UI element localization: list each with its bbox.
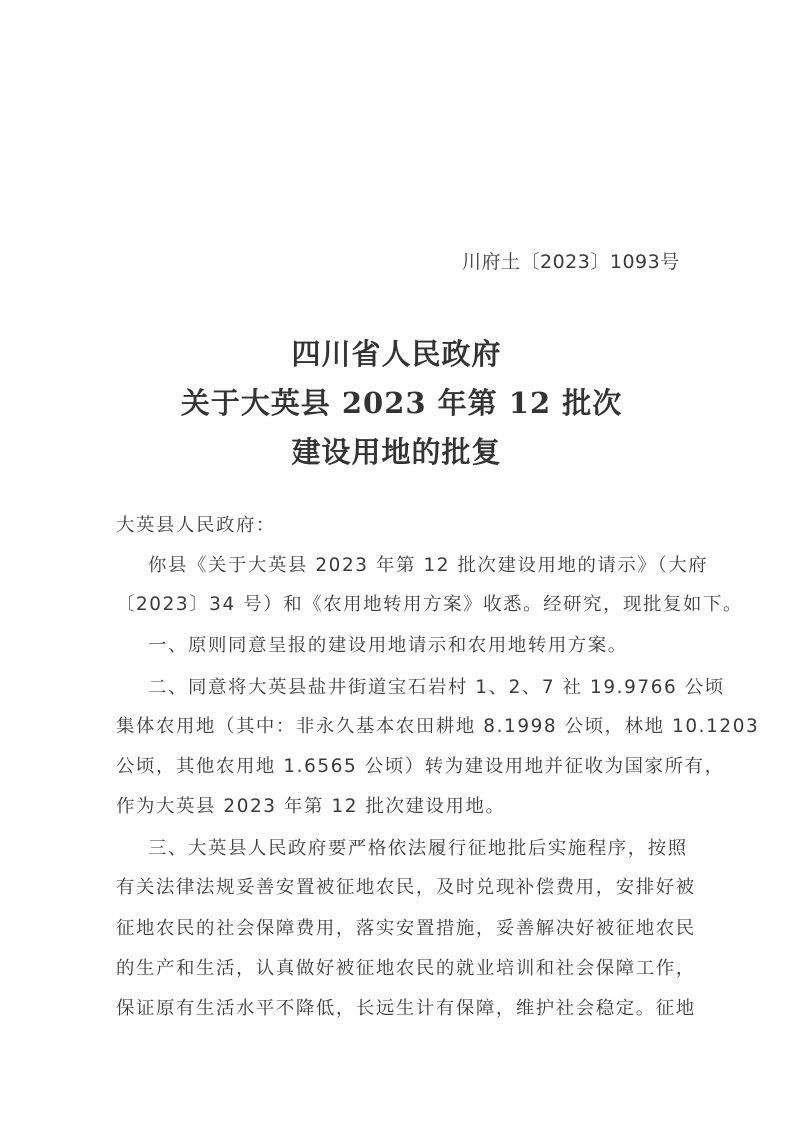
body-line: 〔2023〕34 号）和《农用地转用方案》收悉。经研究，现批复如下。: [116, 590, 743, 620]
title-line-type: 建设用地的批复: [0, 428, 793, 477]
body-line: 公顷，其他农用地 1.6565 公顷）转为建设用地并征收为国家所有，: [116, 752, 725, 782]
body-line: 有关法律法规妥善安置被征地农民，及时兑现补偿费用，安排好被: [116, 873, 696, 903]
body-line: 你县《关于大英县 2023 年第 12 批次建设用地的请示》（大府: [148, 551, 708, 581]
document-title: 四川省人民政府 关于大英县 2023 年第 12 批次 建设用地的批复: [0, 330, 793, 477]
title-line-subject: 关于大英县 2023 年第 12 批次: [10, 379, 793, 428]
body-line: 作为大英县 2023 年第 12 批次建设用地。: [116, 792, 505, 822]
document-page: 川府土〔2023〕1093号 四川省人民政府 关于大英县 2023 年第 12 …: [0, 0, 793, 1122]
title-line-issuer: 四川省人民政府: [0, 330, 793, 379]
body-line: 的生产和生活，认真做好被征地农民的就业培训和社会保障工作，: [116, 954, 696, 984]
body-line-item-1: 一、原则同意呈报的建设用地请示和农用地转用方案。: [148, 631, 628, 661]
body-line-item-2: 二、同意将大英县盐井街道宝石岩村 1、2、7 社 19.9766 公顷: [148, 673, 725, 703]
body-line: 保证原有生活水平不降低，长远生计有保障，维护社会稳定。征地: [116, 994, 696, 1024]
body-line-item-3: 三、大英县人民政府要严格依法履行征地批后实施程序，按照: [148, 834, 688, 864]
body-line: 征地农民的社会保障费用，落实安置措施，妥善解决好被征地农民: [116, 914, 696, 944]
body-line: 集体农用地（其中：非永久基本农田耕地 8.1998 公顷，林地 10.1203: [116, 712, 759, 742]
document-number: 川府土〔2023〕1093号: [462, 247, 680, 274]
addressee: 大英县人民政府：: [116, 511, 276, 541]
